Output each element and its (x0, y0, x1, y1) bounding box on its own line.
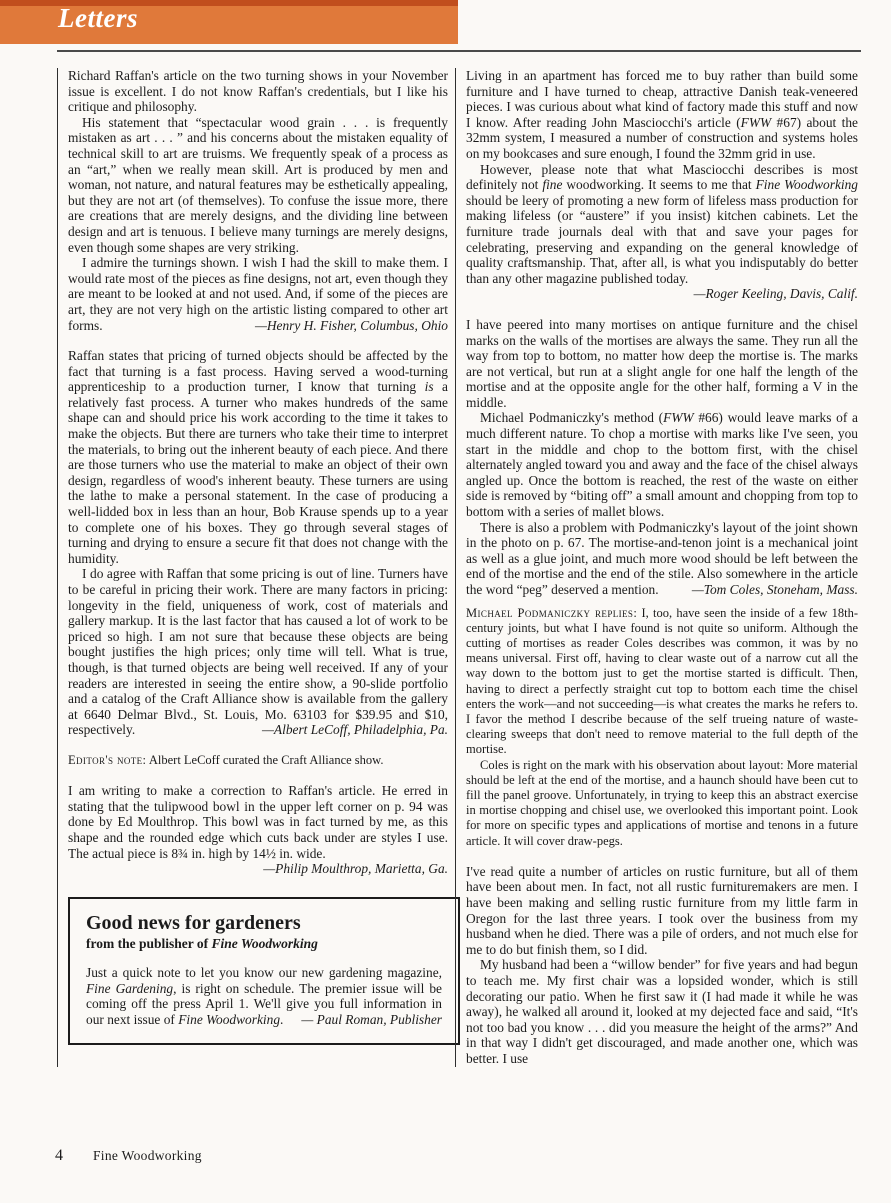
right-column-letters: Living in an apartment has forced me to … (466, 68, 858, 1067)
letter-paragraph: My husband had been a “willow bender” fo… (466, 957, 858, 1066)
letter-paragraph: Raffan states that pricing of turned obj… (68, 348, 448, 566)
letter-signature: —Roger Keeling, Davis, Calif. (680, 286, 858, 302)
page-number: 4 (55, 1147, 63, 1165)
text-segment: I have peered into many mortises on anti… (466, 317, 858, 410)
left-column-letters: Richard Raffan's article on the two turn… (68, 68, 448, 877)
text-segment: His statement that “spectacular wood gra… (68, 115, 448, 255)
text-segment: Michael Podmaniczky's method ( (480, 410, 663, 425)
letter-signature: —Albert LeCoff, Philadelphia, Pa. (248, 722, 448, 738)
text-segment: Fine Woodworking (212, 936, 318, 951)
letter-paragraph: However, please note that what Masciocch… (466, 162, 858, 302)
header-rule (57, 50, 861, 52)
text-segment: Fine Woodworking (178, 1012, 280, 1027)
text-segment: Richard Raffan's article on the two turn… (68, 68, 448, 114)
letter-paragraph: I do agree with Raffan that some pricing… (68, 566, 448, 738)
letter-paragraph: Michael Podmaniczky replies: I, too, hav… (466, 606, 858, 758)
letter-paragraph: I admire the turnings shown. I wish I ha… (68, 255, 448, 333)
letter-paragraph: Living in an apartment has forced me to … (466, 68, 858, 162)
letter-paragraph: Editor's note: Albert LeCoff curated the… (68, 753, 448, 768)
text-segment: I am writing to make a correction to Raf… (68, 783, 448, 860)
letter-paragraph: Michael Podmaniczky's method (FWW #66) w… (466, 410, 858, 519)
text-segment: I do agree with Raffan that some pricing… (68, 566, 448, 737)
text-segment: Michael Podmaniczky replies: (466, 606, 637, 620)
text-segment: Fine Gardening (86, 981, 173, 996)
left-column: Richard Raffan's article on the two turn… (57, 68, 448, 1067)
text-segment: woodworking. It seems to me that (562, 177, 755, 192)
letter-paragraph: I've read quite a number of articles on … (466, 864, 858, 958)
letter-paragraph: There is also a problem with Podmaniczky… (466, 520, 858, 598)
text-segment: Coles is right on the mark with his obse… (466, 758, 858, 848)
letter-signature: —Henry H. Fisher, Columbus, Ohio (241, 318, 448, 334)
section-banner: Letters (0, 0, 458, 44)
text-segment: a relatively fast process. A turner who … (68, 379, 448, 566)
magazine-letters-page: Letters Richard Raffan's article on the … (0, 0, 891, 1203)
box-title: Good news for gardeners (86, 912, 442, 934)
text-segment: I've read quite a number of articles on … (466, 864, 858, 957)
letter-paragraph: Richard Raffan's article on the two turn… (68, 68, 448, 115)
box-body: Just a quick note to let you know our ne… (86, 965, 442, 1027)
text-segment: I, too, have seen the inside of a few 18… (466, 606, 858, 757)
magazine-name: Fine Woodworking (93, 1148, 202, 1164)
letter-signature: —Tom Coles, Stoneham, Mass. (678, 582, 858, 598)
letter-paragraph: I am writing to make a correction to Raf… (68, 783, 448, 877)
text-segment: Raffan states that pricing of turned obj… (68, 348, 448, 394)
letter-paragraph: Just a quick note to let you know our ne… (86, 965, 442, 1027)
section-title: Letters (58, 3, 138, 34)
letter-signature: — Paul Roman, Publisher (301, 1012, 442, 1028)
letters-content: Richard Raffan's article on the two turn… (57, 68, 858, 1067)
letter-paragraph: His statement that “spectacular wood gra… (68, 115, 448, 255)
text-segment: is (425, 379, 434, 394)
text-segment: #66) would leave marks of a much differe… (466, 410, 858, 519)
text-segment: fine (542, 177, 562, 192)
letter-paragraph: Coles is right on the mark with his obse… (466, 758, 858, 849)
text-segment: FWW (741, 115, 772, 130)
letter-paragraph: from the publisher of Fine Woodworking (86, 936, 442, 952)
box-subtitle: from the publisher of Fine Woodworking (86, 936, 442, 952)
text-segment: . (280, 1012, 283, 1027)
letter-signature: —Philip Moulthrop, Marietta, Ga. (263, 861, 448, 877)
text-segment: Editor's note: (68, 753, 146, 767)
letter-paragraph: I have peered into many mortises on anti… (466, 317, 858, 411)
right-column: Living in an apartment has forced me to … (455, 68, 858, 1067)
text-segment: Fine Woodworking (756, 177, 858, 192)
text-segment: should be leery of promoting a new form … (466, 193, 858, 286)
gardeners-announcement-box: Good news for gardeners from the publish… (68, 897, 460, 1045)
text-segment: Just a quick note to let you know our ne… (86, 965, 442, 980)
text-segment: Albert LeCoff curated the Craft Alliance… (146, 753, 383, 767)
text-segment: from the publisher of (86, 936, 212, 951)
text-segment: FWW (663, 410, 694, 425)
text-segment: My husband had been a “willow bender” fo… (466, 957, 858, 1066)
page-footer: 4 Fine Woodworking (55, 1147, 202, 1165)
